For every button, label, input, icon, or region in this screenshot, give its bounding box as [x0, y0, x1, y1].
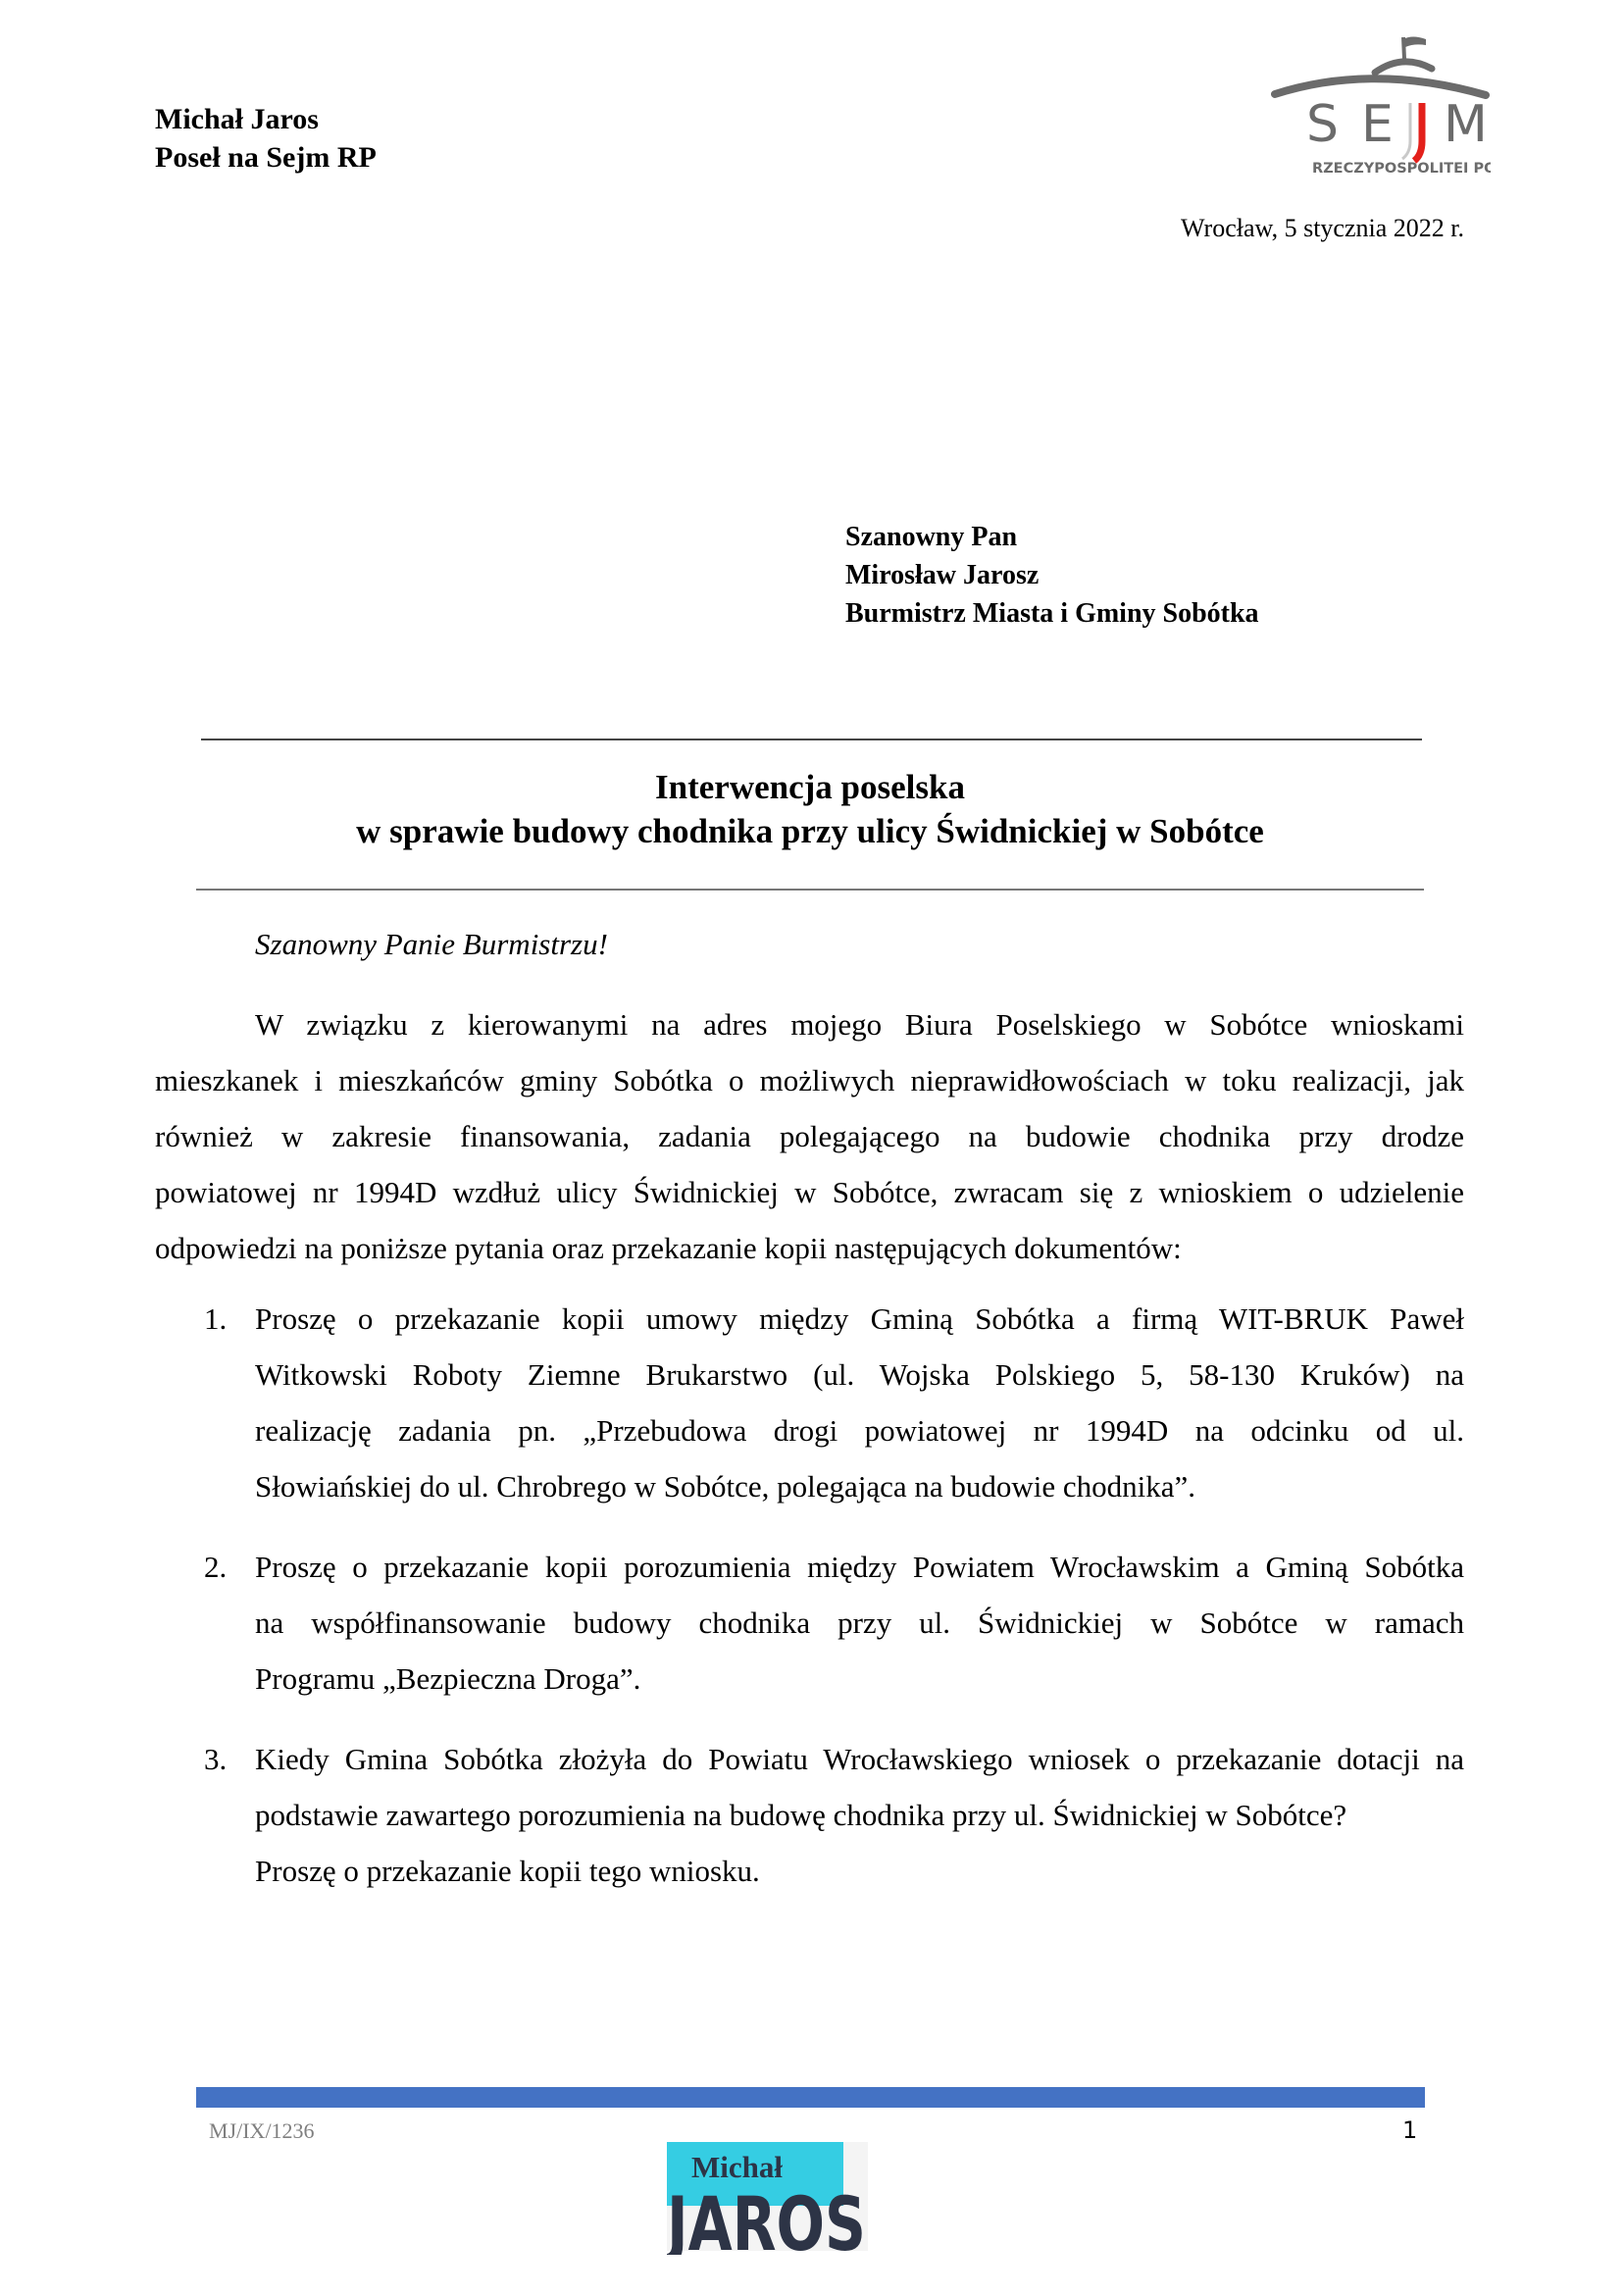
request-item-1: 1. Proszę o przekazanie kopii umowy międ… [204, 1297, 1464, 1520]
svg-text:E: E [1361, 95, 1394, 154]
footer-reference: MJ/IX/1236 [209, 2118, 315, 2144]
request-number: 3. [204, 1737, 227, 1781]
request-list: 1. Proszę o przekazanie kopii umowy międ… [204, 1297, 1464, 1929]
page-number: 1 [1402, 2116, 1417, 2144]
recipient-salutation: Szanowny Pan [845, 518, 1259, 556]
request-number: 2. [204, 1545, 227, 1589]
svg-text:S: S [1306, 95, 1339, 154]
paragraph-line: odpowiedzi na poniższe pytania oraz prze… [155, 1226, 1464, 1282]
request-line: Witkowski Roboty Ziemne Brukarstwo (ul. … [255, 1352, 1464, 1408]
title-line-1: Interwencja poselska [196, 765, 1424, 809]
letter-date: Wrocław, 5 stycznia 2022 r. [1181, 214, 1464, 243]
letter-title: Interwencja poselska w sprawie budowy ch… [196, 765, 1424, 853]
paragraph-line: również w zakresie finansowania, zadania… [155, 1114, 1464, 1170]
request-line: podstawie zawartego porozumienia na budo… [255, 1793, 1464, 1849]
request-item-2: 2. Proszę o przekazanie kopii porozumien… [204, 1545, 1464, 1712]
request-line: Proszę o przekazanie kopii umowy między … [255, 1297, 1464, 1352]
sender-title: Poseł na Sejm RP [155, 138, 377, 177]
sejm-logo-icon: S E M RZECZYPOSPOLITEJ POLSKIEJ [1265, 16, 1491, 173]
request-line: Proszę o przekazanie kopii porozumienia … [255, 1545, 1464, 1601]
paragraph-line: mieszkanek i mieszkańców gminy Sobótka o… [155, 1058, 1464, 1114]
svg-text:JAROS: JAROS [667, 2180, 866, 2255]
svg-text:Michał: Michał [691, 2150, 783, 2184]
title-rule-top [201, 739, 1422, 740]
title-rule-bottom [196, 889, 1424, 891]
svg-text:RZECZYPOSPOLITEJ POLSKIEJ: RZECZYPOSPOLITEJ POLSKIEJ [1312, 161, 1491, 173]
recipient-name: Mirosław Jarosz [845, 556, 1259, 594]
request-number: 1. [204, 1297, 227, 1341]
jaros-logo-icon: Michał JAROS [667, 2142, 868, 2255]
request-line: Proszę o przekazanie kopii tego wniosku. [255, 1849, 1464, 1905]
request-line: Programu „Bezpieczna Droga”. [255, 1657, 1464, 1712]
svg-text:M: M [1444, 95, 1488, 154]
sender-name: Michał Jaros [155, 100, 377, 138]
sender-block: Michał Jaros Poseł na Sejm RP [155, 100, 377, 177]
intro-paragraph: W związku z kierowanymi na adres mojego … [155, 1002, 1464, 1282]
request-item-3: 3. Kiedy Gmina Sobótka złożyła do Powiat… [204, 1737, 1464, 1905]
request-line: realizację zadania pn. „Przebudowa drogi… [255, 1408, 1464, 1464]
paragraph-line: powiatowej nr 1994D wzdłuż ulicy Świdnic… [155, 1170, 1464, 1226]
request-line: na współfinansowanie budowy chodnika prz… [255, 1601, 1464, 1657]
recipient-block: Szanowny Pan Mirosław Jarosz Burmistrz M… [845, 518, 1259, 633]
paragraph-line: W związku z kierowanymi na adres mojego … [155, 1002, 1464, 1058]
request-line: Słowiańskiej do ul. Chrobrego w Sobótce,… [255, 1464, 1464, 1520]
footer-bar [196, 2087, 1425, 2108]
recipient-position: Burmistrz Miasta i Gminy Sobótka [845, 594, 1259, 633]
title-line-2: w sprawie budowy chodnika przy ulicy Świ… [196, 809, 1424, 853]
request-line: Kiedy Gmina Sobótka złożyła do Powiatu W… [255, 1737, 1464, 1793]
salutation: Szanowny Panie Burmistrzu! [255, 927, 608, 962]
